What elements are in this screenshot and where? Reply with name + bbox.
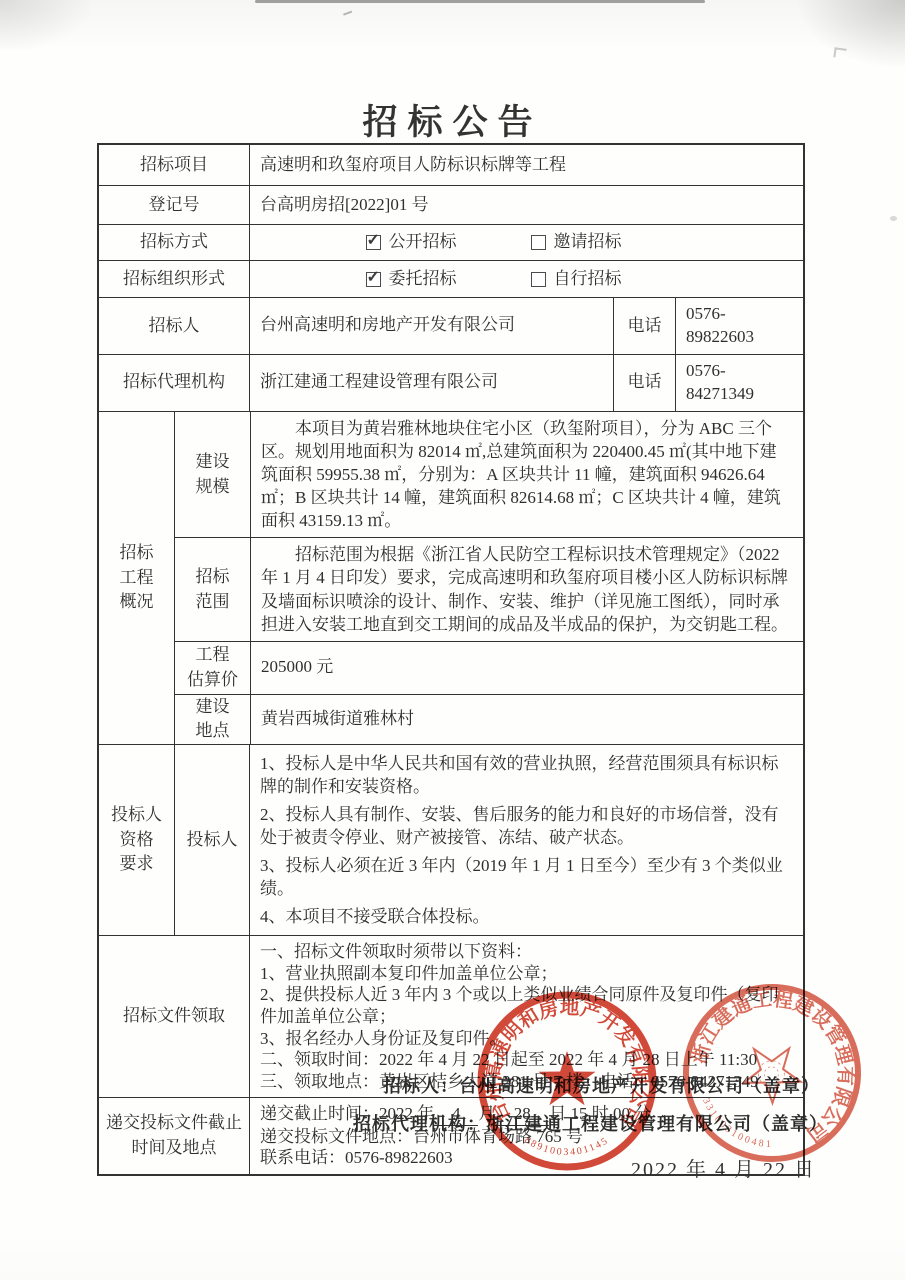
table-row-agency: 招标代理机构 浙江建通工程建设管理有限公司 电话 0576-84271349 <box>99 354 803 411</box>
scan-smudge <box>890 216 897 221</box>
qualification-item: 3、投标人必须在近 3 年内（2019 年 1 月 1 日至今）至少有 3 个类… <box>260 854 793 901</box>
subrow-estimate: 工程 估算价 205000 元 <box>175 641 803 694</box>
scan-corner-shadow-right <box>795 0 905 70</box>
scan-edge-artifact <box>255 0 705 3</box>
seal-serial-text: 8891003401145 <box>522 1135 611 1158</box>
option-label: 委托招标 <box>389 268 457 291</box>
subrow-location: 建设 地点 黄岩西城街道雅林村 <box>175 694 803 744</box>
tenderer-name: 台州高速明和房地产开发有限公司 <box>249 298 613 354</box>
estimate-value: 205000 元 <box>250 642 803 694</box>
checkbox-checked-icon <box>366 235 381 250</box>
tenderer-phone: 0576-89822603 <box>675 298 803 354</box>
bidder-sublabel: 投标人 <box>174 745 249 935</box>
agency-phone: 0576-84271349 <box>675 355 803 411</box>
overview-subtable: 建设 规模 本项目为黄岩雅林地块住宅小区（玖玺附项目），分为 ABC 三个区。规… <box>174 412 803 744</box>
table-row-registration: 登记号 台高明房招[2022]01 号 <box>99 185 803 224</box>
scan-corner-shadow-left <box>0 0 90 50</box>
row-label-qualification: 投标人 资格 要求 <box>99 745 174 935</box>
subrow-label: 建设 地点 <box>175 695 250 744</box>
row-label: 递交投标文件截止 时间及地点 <box>99 1098 249 1174</box>
seal-star-outline-icon <box>735 1032 813 1109</box>
row-label: 招标人 <box>99 298 249 354</box>
seal-star-icon <box>539 1051 596 1105</box>
row-label: 招标代理机构 <box>99 355 249 411</box>
scan-smudge <box>833 47 846 59</box>
scope-text: 招标范围为根据《浙江省人民防空工程标识技术管理规定》（2022 年 1 月 4 … <box>261 543 793 635</box>
official-seal-tenderer: 台州高速明和房地产开发有限公司 8891003401145 <box>472 986 662 1176</box>
table-row-tenderer: 招标人 台州高速明和房地产开发有限公司 电话 0576-89822603 <box>99 297 803 354</box>
row-label: 招标组织形式 <box>99 261 249 297</box>
subrow-label: 招标 范围 <box>175 538 250 640</box>
subrow-scale: 建设 规模 本项目为黄岩雅林地块住宅小区（玖玺附项目），分为 ABC 三个区。规… <box>175 412 803 538</box>
row-label: 登记号 <box>99 186 249 224</box>
location-value: 黄岩西城街道雅林村 <box>250 695 803 744</box>
project-value: 高速明和玖玺府项目人防标识标牌等工程 <box>249 145 803 185</box>
table-row-overview: 招标 工程 概况 建设 规模 本项目为黄岩雅林地块住宅小区（玖玺附项目），分为 … <box>99 411 803 744</box>
qualification-items: 1、投标人是中华人民共和国有效的营业执照，经营范围须具有标识标牌的制作和安装资格… <box>249 745 803 935</box>
registration-value: 台高明房招[2022]01 号 <box>249 186 803 224</box>
row-label: 招标项目 <box>99 145 249 185</box>
option-label: 自行招标 <box>554 268 622 291</box>
phone-label: 电话 <box>613 355 675 411</box>
qualification-item: 1、投标人是中华人民共和国有效的营业执照，经营范围须具有标识标牌的制作和安装资格… <box>260 752 793 799</box>
official-seal-agency: 浙江建通工程建设管理有限公司 331003100481 <box>677 978 867 1168</box>
checkbox-unchecked-icon <box>531 272 546 287</box>
org-form-options: 委托招标 自行招标 <box>249 261 803 297</box>
row-label: 招标文件领取 <box>99 936 249 1097</box>
option-label: 邀请招标 <box>554 231 622 254</box>
pickup-line: 一、招标文件领取时须带以下资料： <box>260 941 793 963</box>
table-row-project: 招标项目 高速明和玖玺府项目人防标识标牌等工程 <box>99 145 803 185</box>
table-row-org-form: 招标组织形式 委托招标 自行招标 <box>99 260 803 297</box>
checkbox-unchecked-icon <box>531 235 546 250</box>
row-label-overview: 招标 工程 概况 <box>99 412 174 744</box>
page-title: 招标公告 <box>0 95 905 145</box>
subrow-label: 建设 规模 <box>175 412 250 538</box>
phone-label: 电话 <box>613 298 675 354</box>
method-options: 公开招标 邀请招标 <box>249 225 803 260</box>
checkbox-checked-icon <box>366 272 381 287</box>
qualification-item: 4、本项目不接受联合体投标。 <box>260 905 793 928</box>
scale-text: 本项目为黄岩雅林地块住宅小区（玖玺附项目），分为 ABC 三个区。规划用地面积为… <box>261 417 793 533</box>
table-row-method: 招标方式 公开招标 邀请招标 <box>99 224 803 260</box>
agency-name: 浙江建通工程建设管理有限公司 <box>249 355 613 411</box>
subrow-label: 工程 估算价 <box>175 642 250 694</box>
row-label: 招标方式 <box>99 225 249 260</box>
option-label: 公开招标 <box>389 231 457 254</box>
svg-text:8891003401145: 8891003401145 <box>522 1135 611 1158</box>
seal-guilloche <box>762 1064 781 1083</box>
table-row-qualification: 投标人 资格 要求 投标人 1、投标人是中华人民共和国有效的营业执照，经营范围须… <box>99 744 803 935</box>
qualification-item: 2、投标人具有制作、安装、售后服务的能力和良好的市场信誉，没有处于被责令停业、财… <box>260 803 793 850</box>
subrow-scope: 招标 范围 招标范围为根据《浙江省人民防空工程标识技术管理规定》（2022 年 … <box>175 537 803 640</box>
